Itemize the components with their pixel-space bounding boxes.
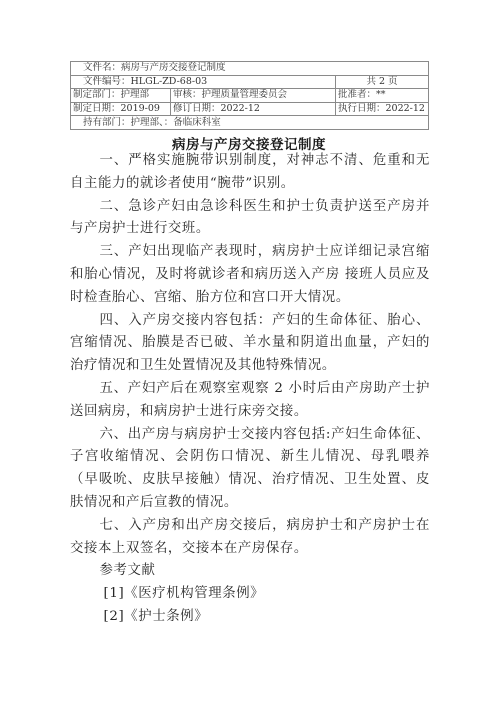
table-row: 文件编号：HLGL-ZD-68-03 共 2 页 [71,75,429,89]
paragraph-1: 一、严格实施腕带识别制度，对神志不清、危重和无自主能力的就诊者使用“腕带”识别。 [70,150,430,196]
approver-cell: 批准者：** [336,89,429,103]
paragraph-7: 七、入产房和出产房交接后，病房护士和产房护士在交接本上双签名，交接本在产房保存。 [70,515,430,561]
paragraph-6: 六、出产房与病房护士交接内容包括:产妇生命体征、子宫收缩情况、会阴伤口情况、新生… [70,424,430,515]
revised-date-cell: 修订日期：2022-12 [171,102,336,116]
paragraph-2: 二、急诊产妇由急诊科医生和护士负责护送至产房并与产房护士进行交班。 [70,196,430,242]
made-date-cell: 制定日期：2019-09 [71,102,171,116]
review-cell: 审核：护理质量管理委员会 [171,89,336,103]
document-header-table: 文件名：病房与产房交接登记制度 文件编号：HLGL-ZD-68-03 共 2 页… [70,61,429,130]
table-row: 持有部门：护理部、：备临床科室 [71,116,429,130]
document-body: 一、严格实施腕带识别制度，对神志不清、危重和无自主能力的就诊者使用“腕带”识别。… [70,150,430,629]
paragraph-5: 五、产妇产后在观察室观察 2 小时后由产房助产士护送回病房，和病房护士进行床旁交… [70,378,430,424]
document-page: 文件名：病房与产房交接登记制度 文件编号：HLGL-ZD-68-03 共 2 页… [0,0,500,707]
holder-cell: 持有部门：护理部、：备临床科室 [71,116,429,130]
table-row: 制定日期：2019-09 修订日期：2022-12 执行日期：2022-12 [71,102,429,116]
table-row: 文件名：病房与产房交接登记制度 [71,62,429,76]
references-heading: 参考文献 [70,560,430,583]
total-pages-cell: 共 2 页 [336,75,429,89]
paragraph-4: 四、入产房交接内容包括：产妇的生命体征、胎心、宫缩情况、胎膜是否已破、羊水量和阴… [70,310,430,378]
file-number-cell: 文件编号：HLGL-ZD-68-03 [71,75,336,89]
paragraph-3: 三、产妇出现临产表现时，病房护士应详细记录宫缩和胎心情况，及时将就诊者和病历送入… [70,241,430,309]
exec-date-cell: 执行日期：2022-12 [336,102,429,116]
table-row: 制定部门：护理部 审核：护理质量管理委员会 批准者：** [71,89,429,103]
reference-2: [2]《护士条例》 [70,606,430,629]
file-name-cell: 文件名：病房与产房交接登记制度 [71,62,429,76]
reference-1: [1]《医疗机构管理条例》 [70,583,430,606]
dept-cell: 制定部门：护理部 [71,89,171,103]
